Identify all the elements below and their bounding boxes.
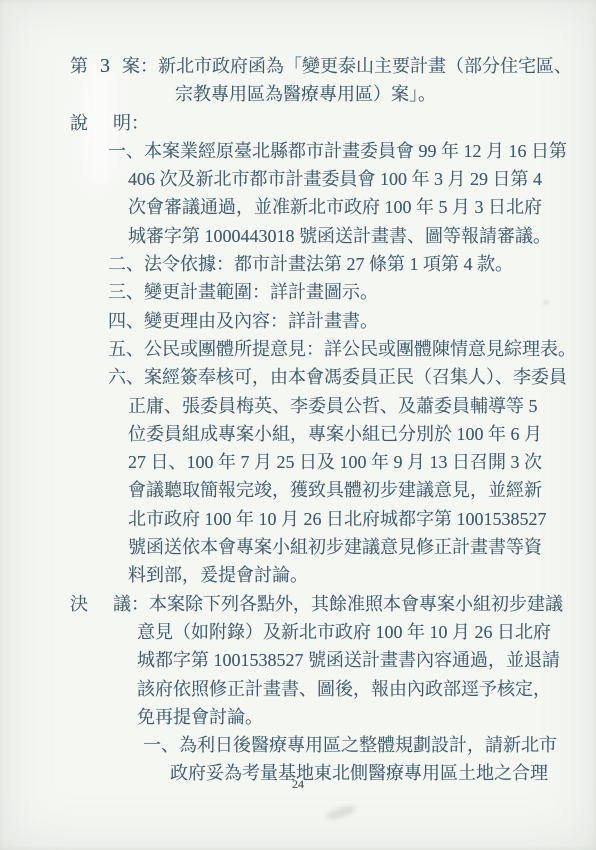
item-number: 四、 (108, 307, 144, 335)
item-text: 正庸、張委員梅英、李委員公哲、及蕭委員輔導等 5 (128, 392, 538, 420)
item-text: 為利日後醫療專用區之整體規劃設計，請新北市 (179, 731, 557, 759)
case-suffix: 案： (122, 52, 158, 80)
resolution-cont: 意見（如附錄）及新北市政府 100 年 10 月 26 日北府 (70, 618, 562, 646)
resolution-subitem-1: 一、 為利日後醫療專用區之整體規劃設計，請新北市 (70, 731, 562, 759)
item-text: 城審字第 1000443018 號函送計畫書、圖等報請審議。 (128, 222, 551, 250)
case-prefix: 第 (70, 52, 88, 80)
item-number: 二、 (108, 250, 144, 278)
item-number: 三、 (108, 278, 144, 306)
item-text: 北市政府 100 年 10 月 26 日北府城都字第 1001538527 (128, 505, 547, 533)
item-number: 六、 (108, 363, 144, 391)
explanation-item-1: 一、 本案業經原臺北縣都市計畫委員會 99 年 12 月 16 日第 (70, 137, 562, 165)
item-text: 法令依據：都市計畫法第 27 條第 1 項第 4 款。 (144, 250, 513, 278)
explanation-item-6-cont: 27 日、100 年 7 月 25 日及 100 年 9 月 13 日召開 3 … (70, 448, 562, 476)
explanation-item-6-cont: 號函送依本會專案小組初步建議意見修正計畫書等資 (70, 533, 562, 561)
document-body: 第 3 案： 新北市政府函為「變更泰山主要計畫（部分住宅區、 宗教專用區為醫療專… (70, 52, 562, 788)
item-text: 變更計畫範圍：詳計畫圖示。 (144, 278, 378, 306)
resolution-cont: 城都字第 1001538527 號函送計畫書內容通過，並退請 (70, 646, 562, 674)
item-text: 位委員組成專案小組，專案小組已分別於 100 年 6 月 (128, 420, 542, 448)
resolution-cont: 免再提會討論。 (70, 703, 562, 731)
item-number: 五、 (108, 335, 144, 363)
item-text: 本案業經原臺北縣都市計畫委員會 99 年 12 月 16 日第 (144, 137, 567, 165)
explanation-item-1-cont: 城審字第 1000443018 號函送計畫書、圖等報請審議。 (70, 222, 562, 250)
resolution-text: 城都字第 1001538527 號函送計畫書內容通過，並退請 (137, 646, 560, 674)
explanation-item-6-cont: 會議聽取簡報完竣，獲致具體初步建議意見，並經新 (70, 476, 562, 504)
explanation-item-6: 六、 案經簽奉核可，由本會馮委員正民（召集人）、李委員 (70, 363, 562, 391)
item-number: 一、 (143, 731, 179, 759)
explanation-item-3: 三、 變更計畫範圍：詳計畫圖示。 (70, 278, 562, 306)
explanation-item-6-cont: 正庸、張委員梅英、李委員公哲、及蕭委員輔導等 5 (70, 392, 562, 420)
explanation-item-6-cont: 位委員組成專案小組，專案小組已分別於 100 年 6 月 (70, 420, 562, 448)
resolution-cont: 該府依照修正計畫書、圖後，報由內政部逕予核定， (70, 675, 562, 703)
case-title-line1: 新北市政府函為「變更泰山主要計畫（部分住宅區、 (158, 52, 572, 80)
case-header-line2: 宗教專用區為醫療專用區）案」。 (70, 80, 562, 108)
resolution-text: 本案除下列各點外，其餘准照本會專案小組初步建議 (149, 590, 563, 618)
explanation-item-5: 五、 公民或團體所提意見：詳公民或團體陳情意見綜理表。 (70, 335, 562, 363)
case-title-line2: 宗教專用區為醫療專用區）案」。 (175, 80, 436, 108)
case-header-line1: 第 3 案： 新北市政府函為「變更泰山主要計畫（部分住宅區、 (70, 52, 562, 80)
resolution-text: 意見（如附錄）及新北市政府 100 年 10 月 26 日北府 (137, 618, 551, 646)
page-number: 24 (0, 777, 596, 792)
resolution-text: 免再提會討論。 (137, 703, 263, 731)
resolution-label-char2: 議： (113, 590, 149, 618)
resolution-line1: 決 議： 本案除下列各點外，其餘准照本會專案小組初步建議 (70, 590, 562, 618)
explanation-label: 說 明： (70, 109, 149, 137)
explanation-item-2: 二、 法令依據：都市計畫法第 27 條第 1 項第 4 款。 (70, 250, 562, 278)
item-text: 料到部，爰提會討論。 (128, 561, 308, 589)
scanned-document-page: 第 3 案： 新北市政府函為「變更泰山主要計畫（部分住宅區、 宗教專用區為醫療專… (0, 0, 596, 850)
explanation-label-line: 說 明： (70, 109, 562, 137)
explanation-item-1-cont: 次會審議通過，並准新北市政府 100 年 5 月 3 日北府 (70, 193, 562, 221)
item-text: 號函送依本會專案小組初步建議意見修正計畫書等資 (128, 533, 542, 561)
item-text: 406 次及新北市都市計畫委員會 100 年 3 月 29 日第 4 (128, 165, 542, 193)
explanation-label-char1: 說 (70, 109, 88, 137)
item-text: 變更理由及內容：詳計畫書。 (144, 307, 378, 335)
explanation-item-4: 四、 變更理由及內容：詳計畫書。 (70, 307, 562, 335)
resolution-text: 該府依照修正計畫書、圖後，報由內政部逕予核定， (137, 675, 551, 703)
item-text: 會議聽取簡報完竣，獲致具體初步建議意見，並經新 (128, 476, 542, 504)
explanation-label-char2: 明： (113, 109, 149, 137)
explanation-item-1-cont: 406 次及新北市都市計畫委員會 100 年 3 月 29 日第 4 (70, 165, 562, 193)
case-number: 3 (100, 52, 110, 80)
resolution-label-char1: 決 (70, 590, 88, 618)
explanation-item-6-cont: 料到部，爰提會討論。 (70, 561, 562, 589)
item-text: 公民或團體所提意見：詳公民或團體陳情意見綜理表。 (144, 335, 576, 363)
item-number: 一、 (108, 137, 144, 165)
scan-smudge (325, 804, 356, 822)
item-text: 次會審議通過，並准新北市政府 100 年 5 月 3 日北府 (128, 193, 542, 221)
case-number-label: 第 3 案： (70, 52, 158, 80)
item-text: 27 日、100 年 7 月 25 日及 100 年 9 月 13 日召開 3 … (128, 448, 542, 476)
explanation-item-6-cont: 北市政府 100 年 10 月 26 日北府城都字第 1001538527 (70, 505, 562, 533)
item-text: 案經簽奉核可，由本會馮委員正民（召集人）、李委員 (144, 363, 567, 391)
resolution-label: 決 議： (70, 590, 149, 618)
